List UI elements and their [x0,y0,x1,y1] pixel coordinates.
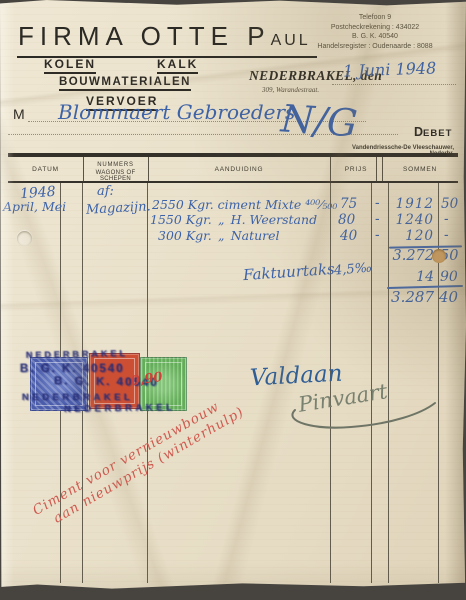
product-bouwmaterialen: BOUWMATERIALEN [59,76,191,91]
debet-label: DEBET [414,123,452,141]
row-2-prijs-cent: - [375,211,380,227]
overprint-line-4: NEDERBRAKEL [22,392,133,403]
total-som: 3.287 [386,288,434,306]
tax-label: Faktuurtaks [242,260,335,284]
product-kolen: KOLEN [44,57,96,74]
table-header-bottom-rule [8,181,458,183]
entry-wagons-1: af: [97,184,114,199]
contact-bgk: B. G. K. 40540 [295,32,455,42]
row-3-som-cent: - [444,227,449,243]
col-header-prijs: PRIJS [330,166,382,173]
row-1-som-cent: 50 [441,196,458,212]
row-1-prijs: 75 [340,196,357,212]
entry-months: April, Mei [3,199,66,214]
row-2-som-cent: - [444,211,449,227]
customer-prefix: M [13,106,25,122]
street-address: 309, Warandestraat. [262,86,319,96]
company-name-main: FIRMA OTTE P [18,21,271,51]
paid-note-handwritten: Valdaan [249,361,343,392]
contact-block: Telefoon 9 Postcheckrekening : 434022 B.… [295,13,455,51]
overprint-line-5: NEDERBRAKEL [64,402,176,415]
red-annotation-line-2: aan nieuwprijs (winterhulp) [39,404,248,534]
col-header-nummers-2: WAGONS OF SCHEPEN [83,170,148,182]
row-2-aanduiding: 1550 Kgr. „ H. Weerstand [150,212,317,227]
tax-som: 14 [388,269,434,285]
row-3-som: 120 [390,228,434,244]
tax-cent: 90 [440,269,458,285]
handwritten-date: 1 Juni 1948 [343,58,437,80]
contact-handelsregister: Handelsregister : Oudenaarde : 8088 [295,42,455,52]
entry-wagons-2: Magazijn. [86,199,151,217]
row-3-prijs-cent: - [375,227,380,243]
row-1-aanduiding: 2550 Kgr. ciment Mixte ⁴⁰⁰⁄₅₀₀ [152,197,337,212]
row-2-prijs: 80 [338,212,355,228]
punch-hole-right [432,249,446,263]
col-header-aanduiding: AANDUIDING [148,166,330,173]
handwritten-mark: N/G [280,96,359,145]
tax-rate: 4,5‰ [333,260,372,278]
subtotal-som: 3.272 [388,248,434,264]
row-2-som: 1240 [390,212,434,228]
row-1-prijs-cent: - [375,195,380,211]
invoice-paper: FIRMA OTTE PAUL KOLEN KALK BOUWMATERIALE… [0,0,466,591]
body-rule-sommen-cents [438,183,439,583]
customer-name-handwritten: Blommaert Gebroeders [58,100,295,124]
col-header-sommen: SOMMEN [382,166,458,173]
total-cent: 40 [439,288,458,306]
punch-hole-left [17,231,32,246]
col-header-nummers-1: NUMMERS [83,162,148,168]
contact-telefoon: Telefoon 9 [295,13,455,23]
row-1-som: 1912 [390,196,434,212]
col-header-datum: DATUM [8,166,83,173]
row-3-aanduiding: 300 Kgr. „ Naturel [158,228,280,243]
contact-postcheck: Postcheckrekening : 434022 [295,23,455,33]
date-dotted-line [332,84,456,85]
signature-flourish [281,400,441,434]
product-kalk: KALK [157,57,198,74]
overprint-line-1: NEDERBRAKEL [26,348,128,360]
company-name: FIRMA OTTE PAUL [17,21,317,58]
row-3-prijs: 40 [340,228,357,244]
table-top-rule [8,153,458,157]
overprint-line-2: B. G. K. 40540 [20,363,125,375]
